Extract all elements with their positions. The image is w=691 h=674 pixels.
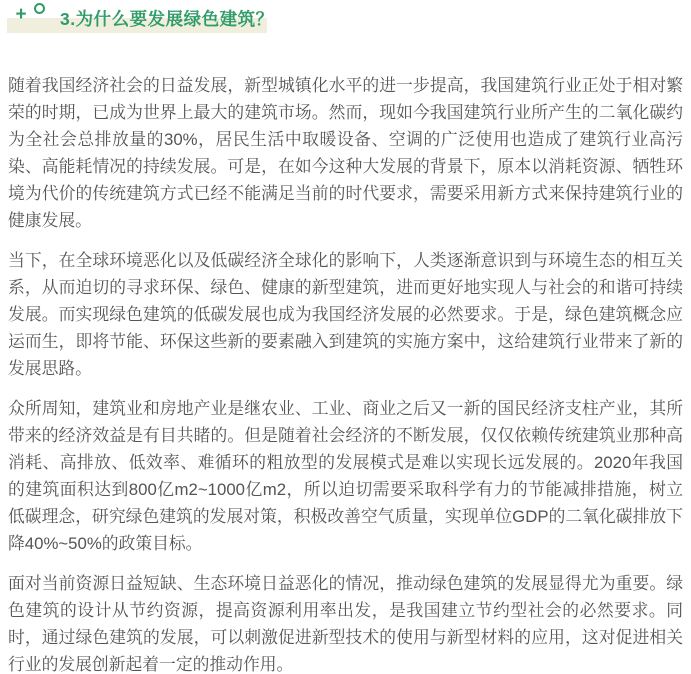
circle-handle-icon[interactable] bbox=[34, 3, 45, 14]
section-title: 3.为什么要发展绿色建筑？ bbox=[60, 8, 274, 30]
paragraph: 面对当前资源日益短缺、生态环境日益恶化的情况，推动绿色建筑的发展显得尤为重要。绿… bbox=[8, 570, 683, 674]
plus-icon[interactable]: + bbox=[13, 5, 29, 25]
section-header: + 3.为什么要发展绿色建筑？ bbox=[0, 0, 691, 40]
article-body: 随着我国经济社会的日益发展，新型城镇化水平的进一步提高，我国建筑行业正处于相对繁… bbox=[0, 40, 691, 674]
paragraph: 众所周知，建筑业和房地产业是继农业、工业、商业之后又一新的国民经济支柱产业，其所… bbox=[8, 395, 683, 557]
paragraph: 当下，在全球环境恶化以及低碳经济全球化的影响下，人类逐渐意识到与环境生态的相互关… bbox=[8, 247, 683, 382]
paragraph: 随着我国经济社会的日益发展，新型城镇化水平的进一步提高，我国建筑行业正处于相对繁… bbox=[8, 72, 683, 234]
